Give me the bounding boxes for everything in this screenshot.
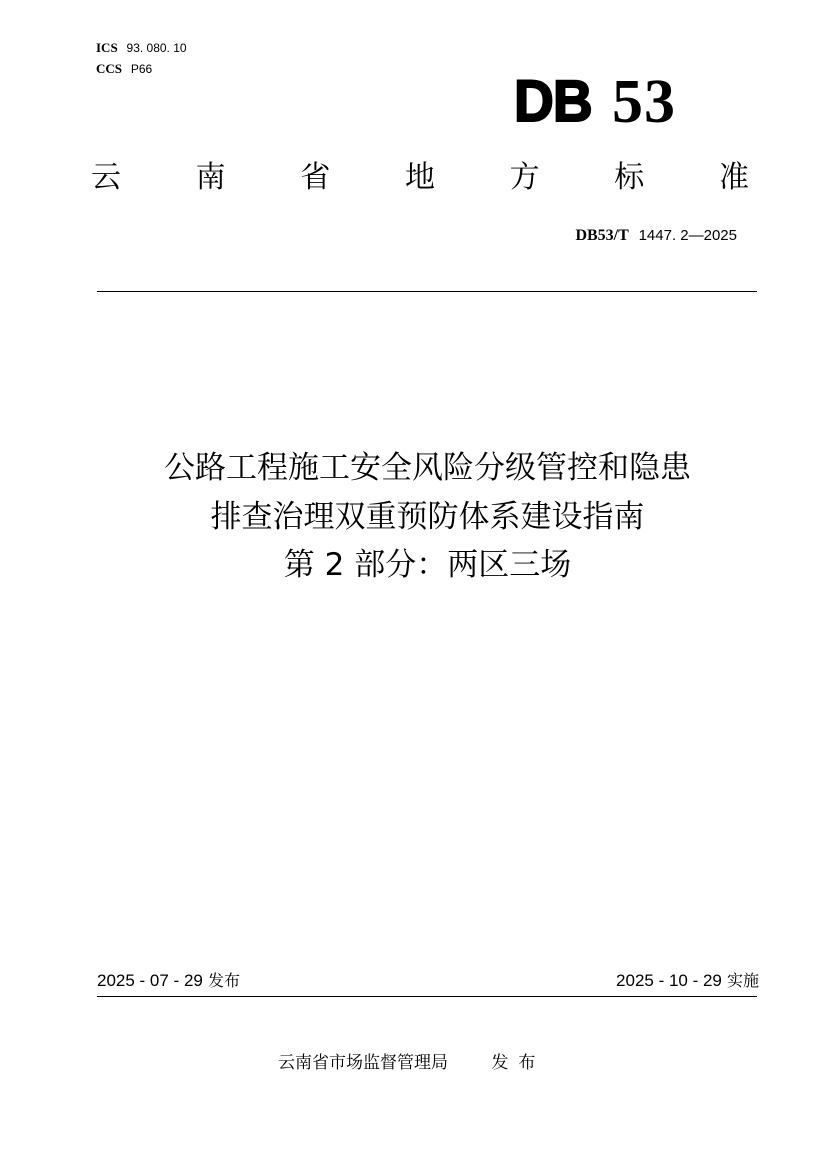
title-line-2: 排查治理双重预防体系建设指南 (0, 493, 815, 542)
publish-date-block: 2025 - 07 - 29 发布 (97, 971, 240, 991)
publish-date: 2025 - 07 - 29 (97, 971, 203, 990)
ics-classification: ICS 93. 080. 10 (96, 41, 187, 55)
ccs-classification: CCS P66 (96, 62, 152, 76)
issuer-line: 云南省市场监督管理局 发布 (278, 1052, 545, 1074)
top-divider (97, 291, 757, 292)
title-line-1: 公路工程施工安全风险分级管控和隐患 (0, 444, 815, 493)
standard-type-char: 标 (613, 158, 645, 198)
standard-type-char: 省 (299, 158, 331, 198)
document-title: 公路工程施工安全风险分级管控和隐患 排查治理双重预防体系建设指南 第 2 部分：… (0, 444, 815, 590)
standard-type-char: 云 (90, 158, 122, 198)
implement-label: 实施 (727, 971, 759, 990)
ics-label: ICS (96, 40, 118, 55)
standard-type-heading: 云 南 省 地 方 标 准 (90, 158, 750, 198)
issuer-name: 云南省市场监督管理局 (278, 1053, 448, 1073)
standard-type-char: 地 (404, 158, 436, 198)
standard-number-prefix: DB53/T (575, 227, 628, 244)
ccs-label: CCS (96, 61, 122, 76)
ccs-value: P66 (131, 62, 152, 76)
db53-logo: DB 53 (514, 74, 596, 130)
logo-number: 53 (612, 74, 676, 130)
publish-label: 发布 (208, 971, 240, 990)
standard-number-value: 1447. 2—2025 (639, 227, 737, 244)
bottom-divider (97, 996, 757, 997)
standard-type-char: 准 (718, 158, 750, 198)
implement-date: 2025 - 10 - 29 (616, 971, 722, 990)
document-cover-page: ICS 93. 080. 10 CCS P66 DB 53 云 南 省 地 方 … (0, 0, 815, 1151)
dates-row: 2025 - 07 - 29 发布 2025 - 10 - 29 实施 (97, 971, 759, 991)
ics-value: 93. 080. 10 (127, 41, 187, 55)
title-line-3: 第 2 部分：两区三场 (0, 541, 815, 590)
standard-number: DB53/T 1447. 2—2025 (575, 226, 737, 245)
standard-type-char: 南 (195, 158, 227, 198)
issuer-action: 发布 (491, 1053, 545, 1073)
implement-date-block: 2025 - 10 - 29 实施 (616, 971, 759, 991)
logo-letters: DB (514, 74, 592, 130)
standard-type-char: 方 (509, 158, 541, 198)
